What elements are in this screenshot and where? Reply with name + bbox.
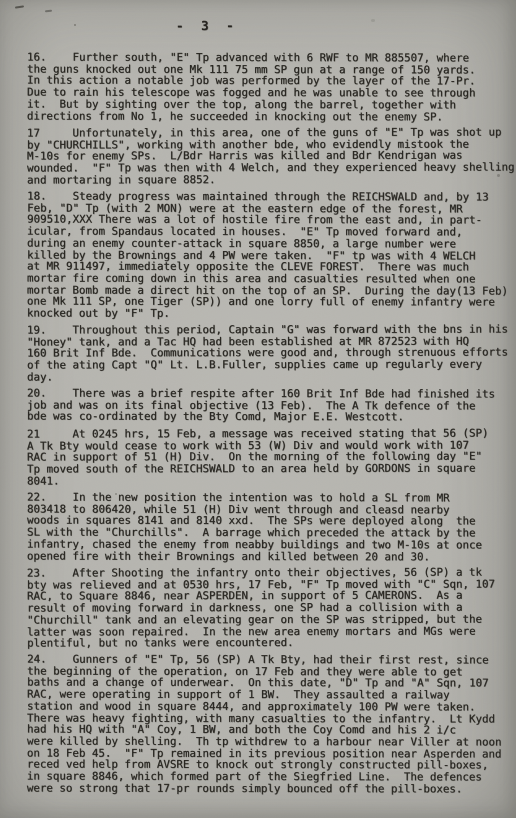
paragraph-18: 18. Steady progress was maintained throu… (27, 190, 513, 320)
pencil-dash-mark (15, 5, 24, 9)
pencil-dash-mark (45, 10, 52, 13)
paragraph-23: 23. After Shooting the infantry onto the… (27, 566, 513, 649)
paragraph-24: 24. Gunners of "E" Tp, 56 (SP) A Tk Bty,… (27, 653, 513, 794)
page-number: - 3 - (176, 18, 239, 33)
paragraph-19: 19. Throughout this period, Captain "G" … (27, 324, 513, 384)
paper-speck (74, 24, 76, 26)
paper-speck (371, 19, 375, 22)
paragraph-21: 21 At 0245 hrs, 15 Feb, a message was re… (27, 428, 513, 488)
paragraph-22: 22. In the new position the intention wa… (27, 491, 513, 562)
document-page: - 3 - 16. Further south, "E" Tp advanced… (0, 0, 516, 818)
paragraph-20: 20. There was a brief respite after 160 … (27, 387, 513, 423)
paragraph-16: 16. Further south, "E" Tp advanced with … (27, 51, 513, 122)
paragraph-17: 17 Unfortunately, in this area, one of t… (27, 127, 513, 187)
document-body: 16. Further south, "E" Tp advanced with … (27, 52, 513, 799)
